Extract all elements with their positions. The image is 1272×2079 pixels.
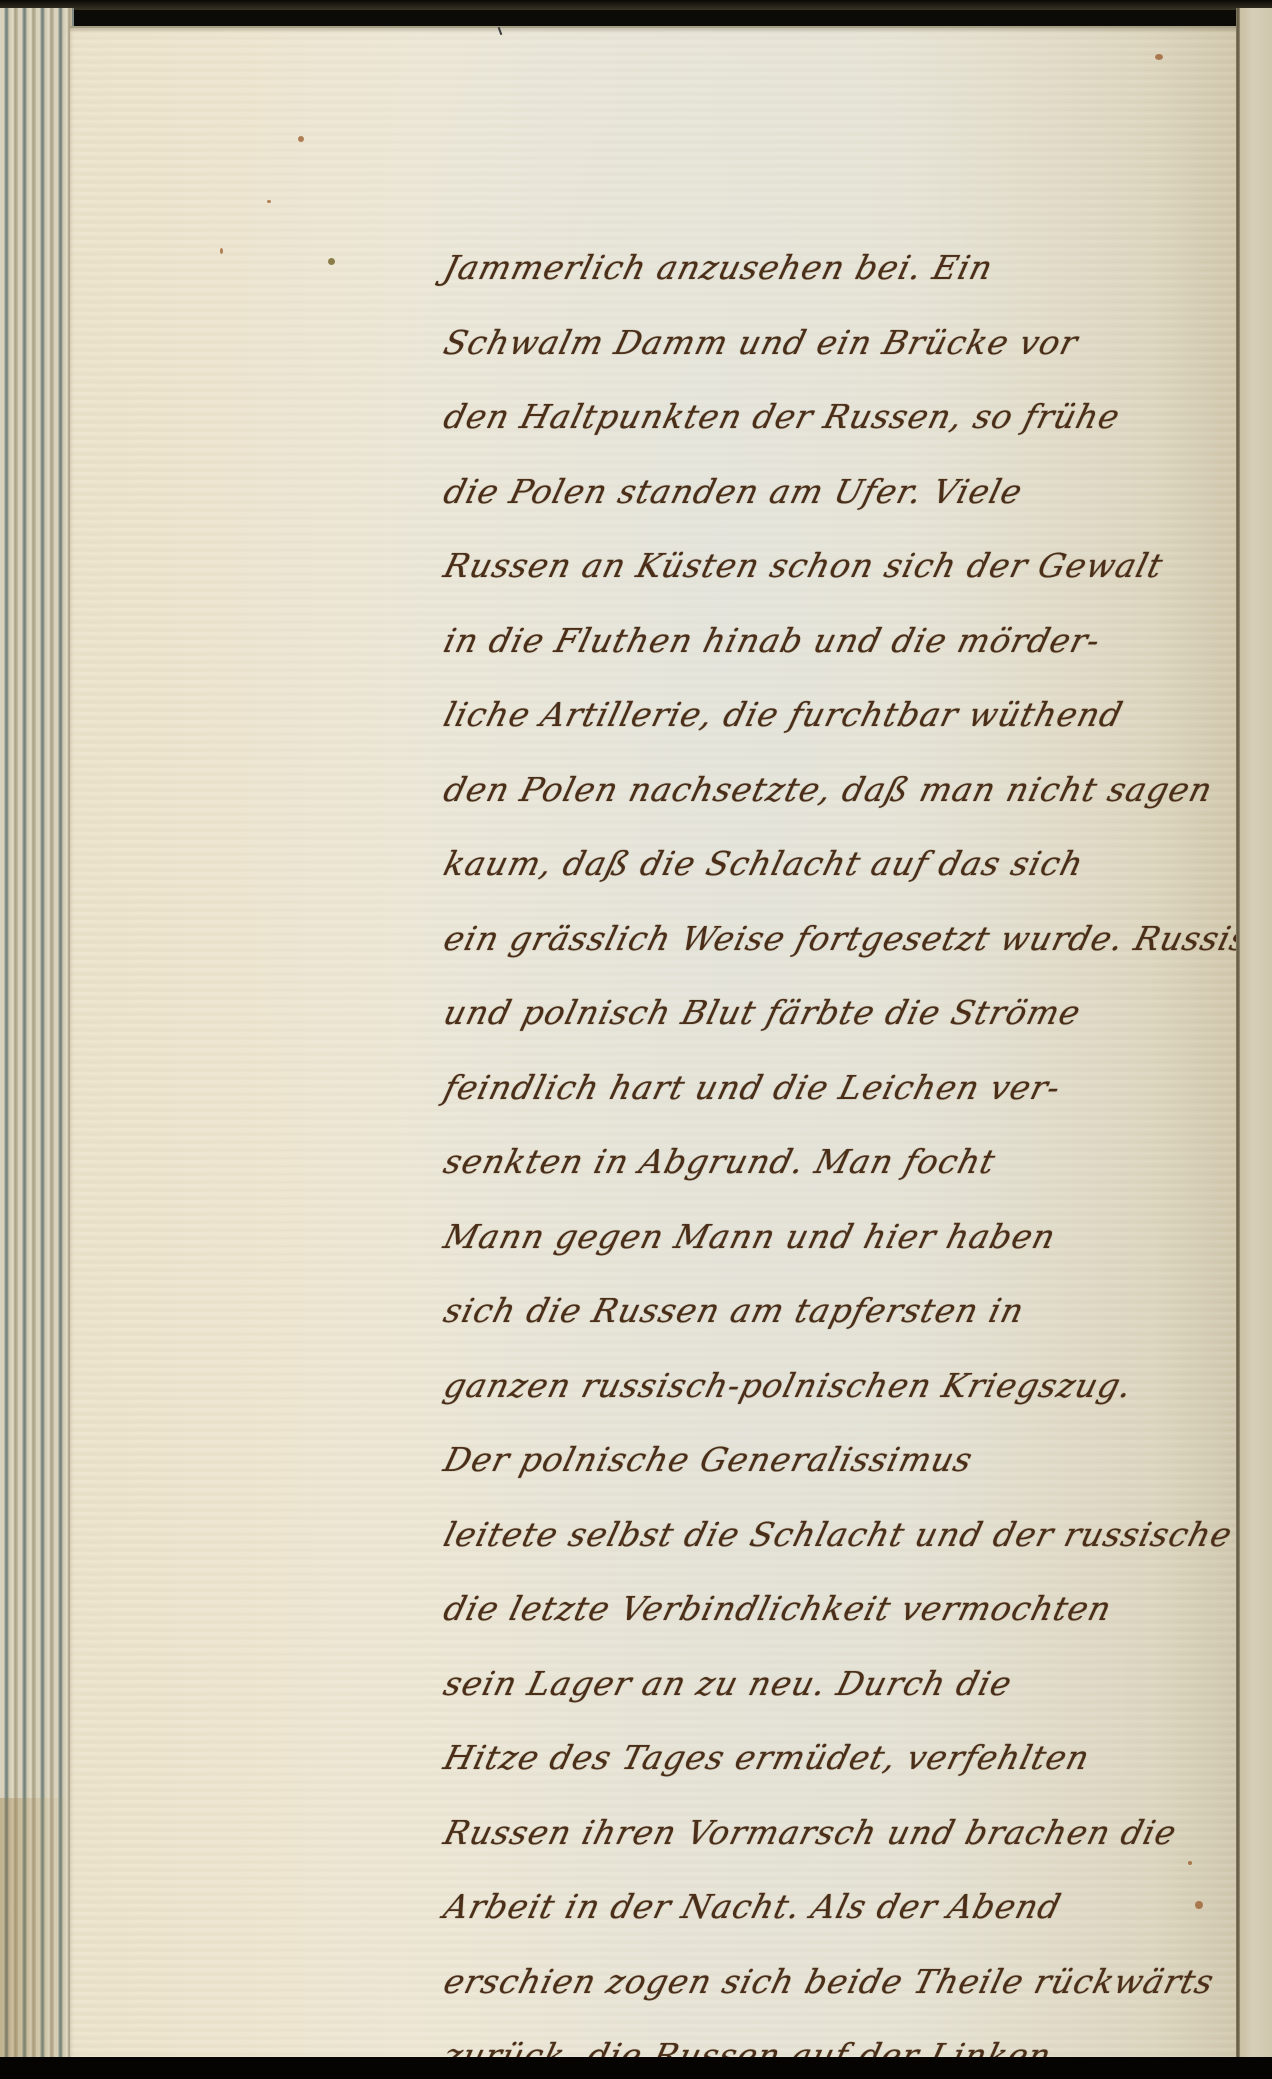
manuscript-line: Arbeit in der Nacht. Als der Abend xyxy=(440,1851,1199,1926)
manuscript-line: die Polen standen am Ufer. Viele xyxy=(440,436,1199,511)
scan-bottom-shadow xyxy=(0,2057,1272,2079)
handwritten-text-block: Jammerlich anzusehen bei. Ein Schwalm Da… xyxy=(440,212,1180,2075)
manuscript-line: senkten in Abgrund. Man focht xyxy=(440,1106,1199,1181)
manuscript-line: erschien zogen sich beide Theile rückwär… xyxy=(440,1926,1199,2001)
manuscript-line: Russen an Küsten schon sich der Gewalt xyxy=(440,510,1199,585)
manuscript-line: kaum, daß die Schlacht auf das sich xyxy=(440,808,1199,883)
manuscript-line: Der polnische Generalissimus xyxy=(440,1404,1199,1479)
manuscript-line: in die Fluthen hinab und die mörder- xyxy=(440,585,1199,660)
manuscript-line: leitete selbst die Schlacht und der russ… xyxy=(440,1479,1199,1554)
manuscript-line: ein grässlich Weise fortgesetzt wurde. R… xyxy=(440,883,1199,958)
manuscript-line: sein Lager an zu neu. Durch die xyxy=(440,1628,1199,1703)
manuscript-line: feindlich hart und die Leichen ver- xyxy=(440,1032,1199,1107)
manuscript-line: die letzte Verbindlichkeit vermochten xyxy=(440,1553,1199,1628)
manuscript-line: den Polen nachsetzte, daß man nicht sage… xyxy=(440,734,1199,809)
book-page-edges xyxy=(0,8,74,2058)
manuscript-line: den Haltpunkten der Russen, so frühe xyxy=(440,361,1199,436)
manuscript-line: Mann gegen Mann und hier haben xyxy=(440,1181,1199,1256)
manuscript-line: Russen ihren Vormarsch und brachen die xyxy=(440,1777,1199,1852)
facing-page-edge xyxy=(1240,8,1272,2058)
manuscript-line: ganzen russisch-polnischen Kriegszug. xyxy=(440,1330,1199,1405)
manuscript-line: und polnisch Blut färbte die Ströme xyxy=(440,957,1199,1032)
manuscript-line: Jammerlich anzusehen bei. Ein xyxy=(440,212,1199,287)
manuscript-line: sich die Russen am tapfersten in xyxy=(440,1255,1199,1330)
manuscript-line: liche Artillerie, die furchtbar wüthend xyxy=(440,659,1199,734)
manuscript-line: Schwalm Damm und ein Brücke vor xyxy=(440,287,1199,362)
scan-top-shadow xyxy=(0,0,1272,10)
manuscript-line: Hitze des Tages ermüdet, verfehlten xyxy=(440,1702,1199,1777)
